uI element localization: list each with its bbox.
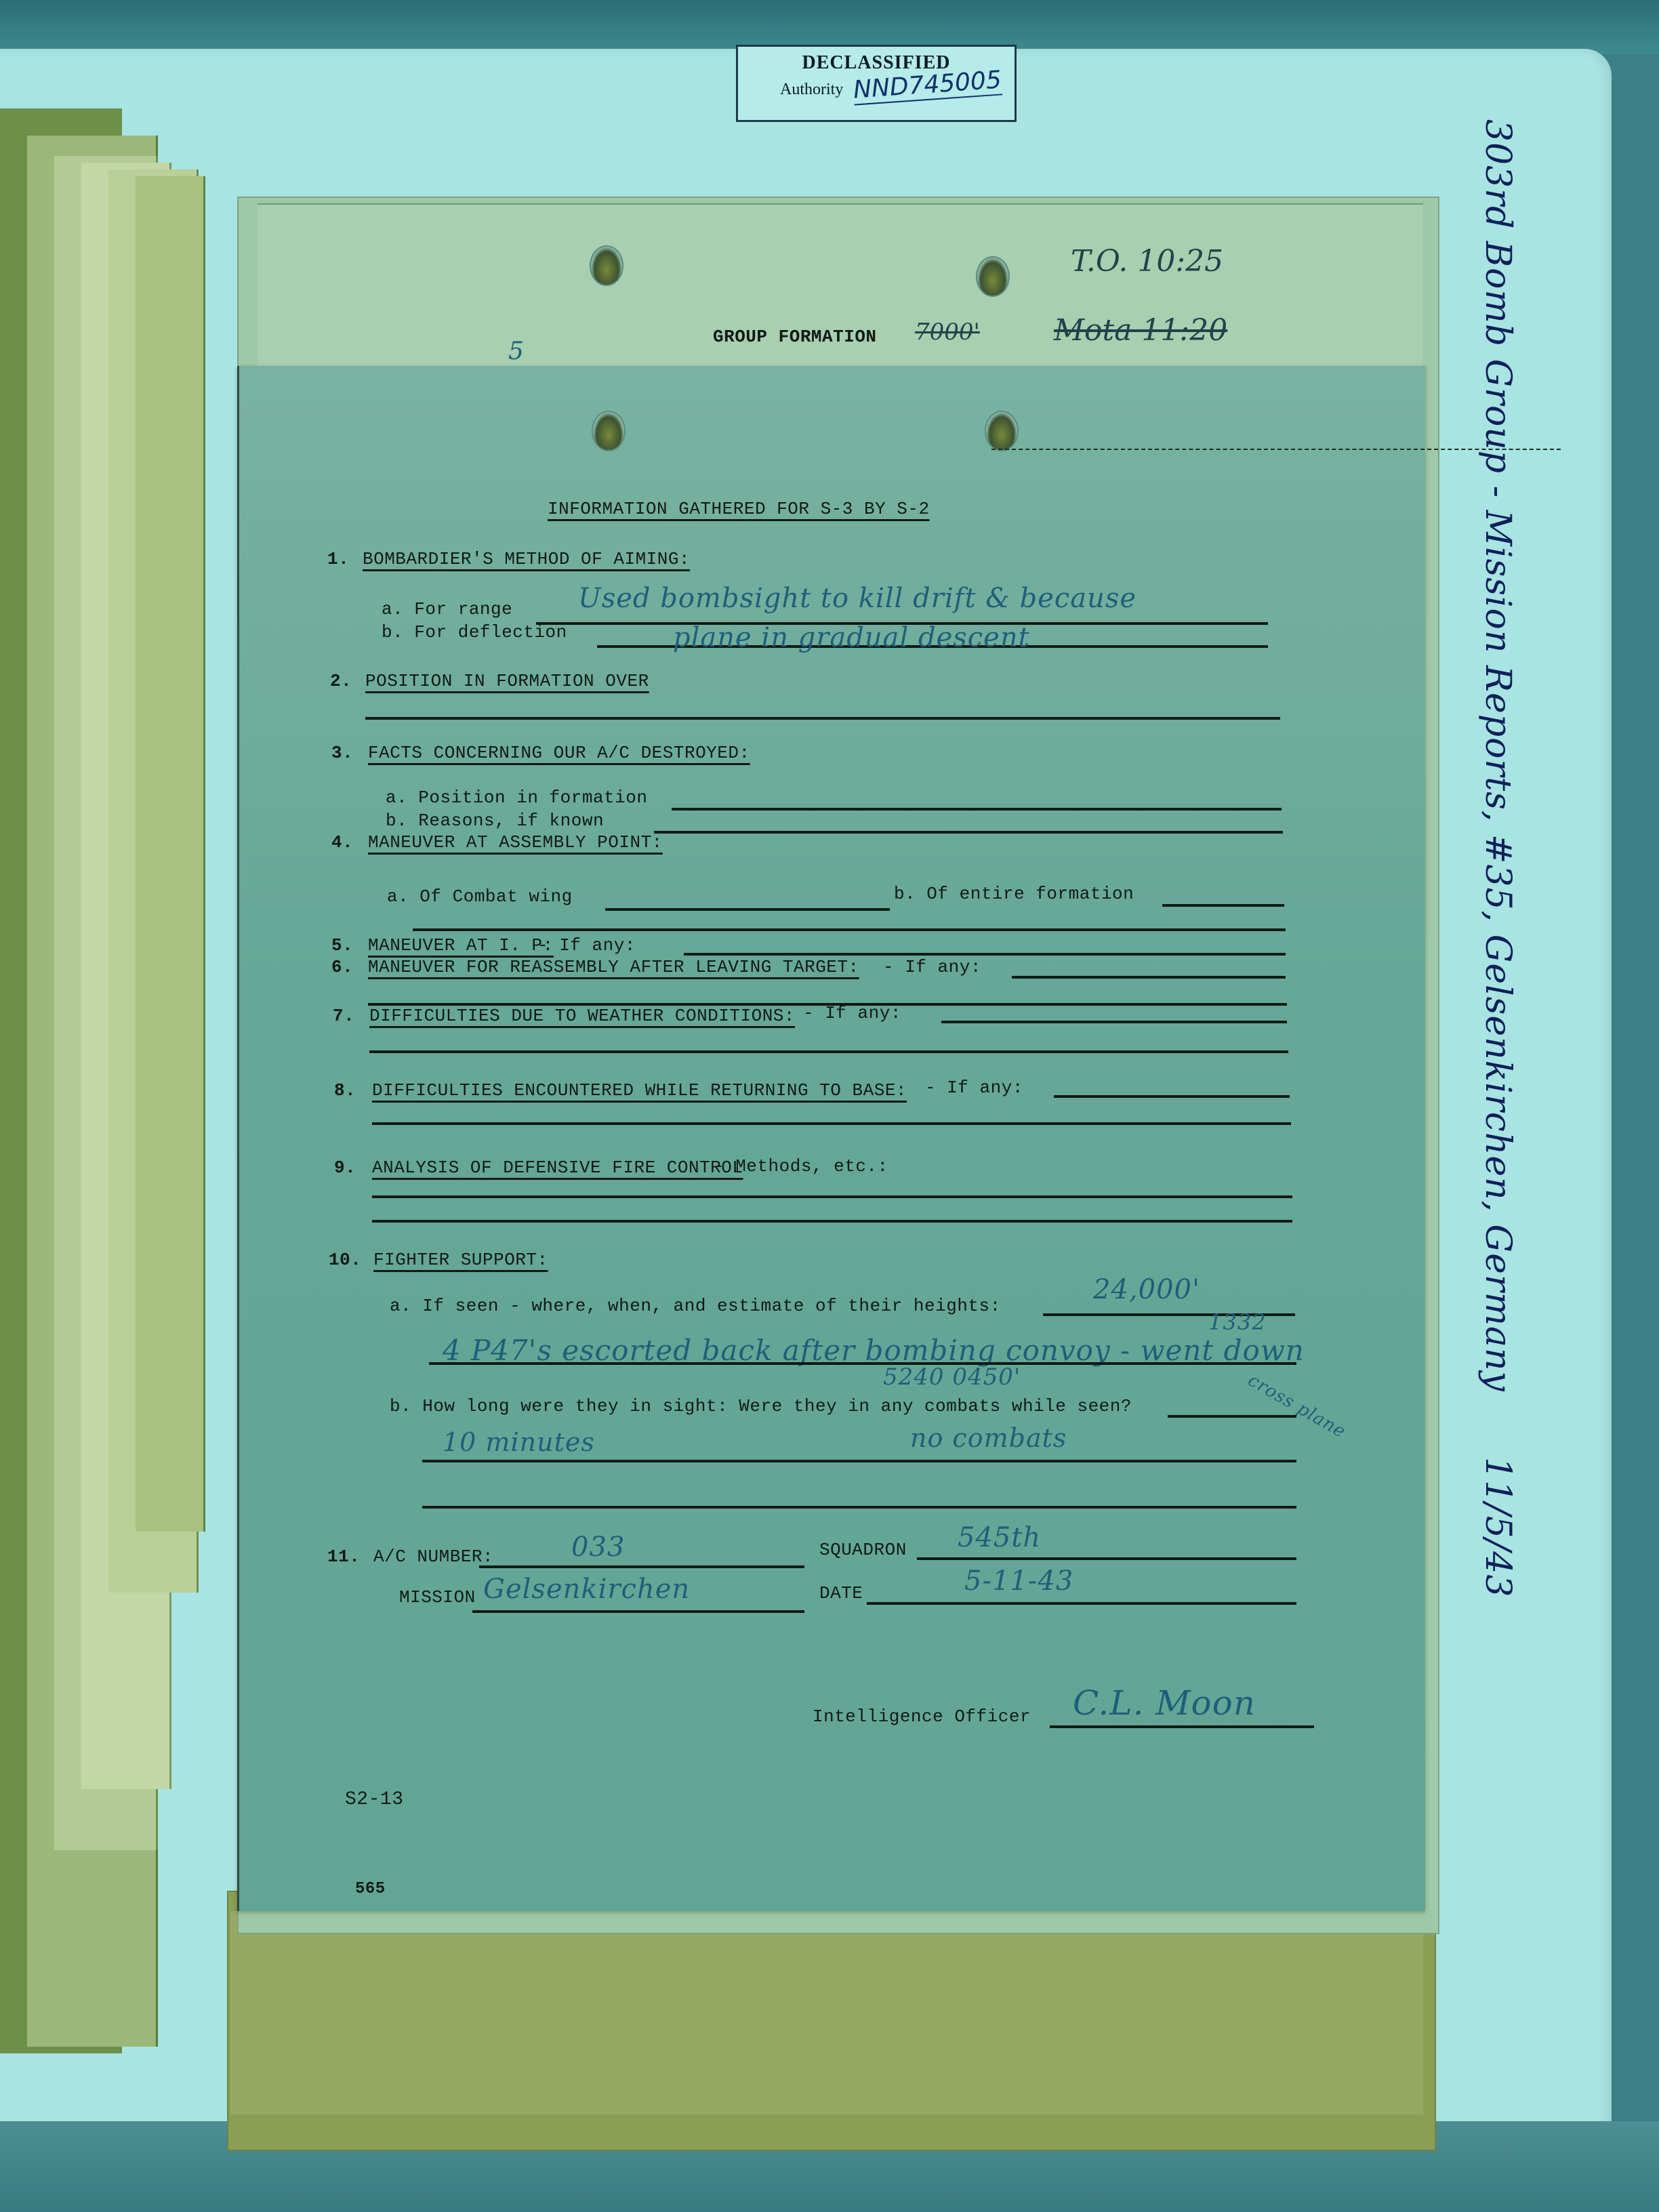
section-5-line[interactable] [684, 953, 1286, 956]
lower-sheet-mark: 565 [355, 1880, 386, 1898]
section-2-heading: POSITION IN FORMATION OVER [365, 671, 649, 691]
field-fighter-seen-label: a. If seen - where, when, and estimate o… [390, 1296, 1001, 1316]
field-fighter-duration-line-2[interactable] [422, 1460, 1296, 1462]
mission-value[interactable]: Gelsenkirchen [483, 1574, 690, 1605]
section-9-heading: ANALYSIS OF DEFENSIVE FIRE CONTROL [372, 1158, 743, 1178]
group-formation-sheet: GROUP FORMATION T.O. 10:25 7000' Mota 11… [258, 203, 1423, 381]
field-for-deflection-label: b. For deflection [382, 622, 567, 642]
field-fighter-duration-value[interactable]: 10 minutes [443, 1427, 595, 1457]
field-position-label: a. Position in formation [386, 787, 647, 808]
section-1-heading: BOMBARDIER'S METHOD OF AIMING: [363, 549, 690, 569]
ac-number-line [479, 1565, 804, 1568]
section-8-number: 8. [334, 1080, 356, 1101]
section-6-suffix: - If any: [883, 957, 981, 977]
intelligence-officer-signature[interactable]: C.L. Moon [1073, 1683, 1256, 1723]
date-line [867, 1602, 1296, 1605]
folder-annotation-date: 11/5/43 [1477, 1457, 1518, 1597]
section-1-number: 1. [327, 549, 349, 569]
field-for-deflection-value[interactable]: plane in gradual descent [673, 622, 1030, 653]
field-for-range-value[interactable]: Used bombsight to kill drift & because [578, 583, 1136, 614]
field-fighter-time-note: 1332 [1208, 1309, 1266, 1335]
altitude-note: 7000' [915, 319, 980, 346]
section-9-number: 9. [334, 1158, 356, 1178]
section-6-number: 6. [331, 957, 353, 977]
intelligence-officer-line [1050, 1725, 1314, 1728]
page-number: 5 [508, 337, 525, 365]
ac-number-label: A/C NUMBER: [373, 1547, 493, 1567]
section-7-heading: DIFFICULTIES DUE TO WEATHER CONDITIONS: [369, 1006, 795, 1026]
punch-hole-icon [985, 411, 1019, 451]
field-fighter-answer-line[interactable] [429, 1362, 1296, 1365]
group-formation-title: GROUP FORMATION [713, 327, 877, 347]
intelligence-officer-label: Intelligence Officer [813, 1706, 1031, 1727]
section-7-line-2[interactable] [369, 1050, 1288, 1053]
squadron-line [917, 1557, 1296, 1560]
form-number: S2-13 [345, 1789, 404, 1810]
section-7-suffix: - If any: [803, 1003, 901, 1023]
section-3-heading: FACTS CONCERNING OUR A/C DESTROYED: [368, 743, 750, 763]
section-4-heading: MANEUVER AT ASSEMBLY POINT: [368, 832, 663, 853]
section-3-number: 3. [331, 743, 353, 763]
section-6-heading: MANEUVER FOR REASSEMBLY AFTER LEAVING TA… [368, 957, 859, 977]
mission-label: MISSION [399, 1587, 476, 1607]
field-entire-formation-line[interactable] [1162, 904, 1284, 907]
field-fighter-duration-line-3[interactable] [422, 1506, 1296, 1509]
field-fighter-height-value[interactable]: 24,000' [1093, 1274, 1200, 1305]
squadron-value[interactable]: 545th [958, 1522, 1041, 1553]
section-8-line-2[interactable] [372, 1122, 1291, 1125]
section-5-number: 5. [331, 935, 353, 956]
declassified-stamp: DECLASSIFIED Authority NND745005 [736, 45, 1017, 122]
section-4-line[interactable] [413, 928, 1286, 931]
field-entire-formation-label: b. Of entire formation [894, 884, 1134, 904]
section-4-number: 4. [331, 832, 353, 853]
takeoff-time: T.O. 10:25 [1071, 244, 1223, 279]
date-label: DATE [819, 1583, 863, 1603]
form-title: INFORMATION GATHERED FOR S-3 BY S-2 [548, 499, 930, 519]
top-dash-rule [991, 449, 1561, 450]
punch-hole-icon [590, 245, 623, 286]
field-fighter-combat-value[interactable]: no combats [910, 1423, 1067, 1453]
ac-number-value[interactable]: 033 [571, 1532, 625, 1563]
section-8-line[interactable] [1054, 1095, 1290, 1098]
field-fighter-side-note: cross plane [1244, 1370, 1349, 1443]
section-10-heading: FIGHTER SUPPORT: [373, 1250, 548, 1270]
section-10-number: 10. [329, 1250, 361, 1270]
section-9-line-2[interactable] [372, 1220, 1292, 1223]
date-value[interactable]: 5-11-43 [964, 1565, 1073, 1597]
s2-information-form: INFORMATION GATHERED FOR S-3 BY S-2 1. B… [237, 366, 1425, 1911]
section-2-line[interactable] [365, 717, 1280, 720]
field-reasons-line[interactable] [654, 831, 1283, 834]
punch-hole-icon [976, 256, 1010, 297]
field-for-range-label: a. For range [382, 599, 512, 619]
section-5-suffix: - If any: [537, 935, 636, 956]
paper-stack-left [136, 176, 205, 1532]
field-fighter-position-note: 5240 0450' [883, 1364, 1021, 1391]
section-11-number: 11. [327, 1547, 360, 1567]
field-combat-wing-line[interactable] [605, 908, 890, 911]
section-8-heading: DIFFICULTIES ENCOUNTERED WHILE RETURNING… [372, 1080, 907, 1101]
time-note: Mota 11:20 [1054, 313, 1227, 348]
section-9-suffix: - Methods, etc.: [714, 1156, 888, 1176]
folder-annotation: 303rd Bomb Group - Mission Reports, #35,… [1477, 119, 1518, 1392]
field-fighter-duration-line[interactable] [1168, 1415, 1296, 1418]
section-8-suffix: - If any: [925, 1078, 1023, 1098]
field-combat-wing-label: a. Of Combat wing [387, 886, 573, 907]
section-9-line[interactable] [372, 1195, 1292, 1198]
section-7-line[interactable] [941, 1021, 1287, 1023]
section-7-number: 7. [333, 1006, 354, 1026]
punch-hole-icon [592, 411, 626, 451]
mission-line [472, 1610, 804, 1613]
field-fighter-duration-label: b. How long were they in sight: Were the… [390, 1396, 1132, 1416]
section-6-line[interactable] [1012, 976, 1286, 979]
section-5-heading: MANEUVER AT I. P: [368, 935, 554, 956]
stamp-authority-label: Authority [780, 81, 843, 99]
section-2-number: 2. [330, 671, 352, 691]
folder-back-sheet [230, 1911, 1423, 2114]
field-position-line[interactable] [672, 808, 1282, 811]
squadron-label: SQUADRON [819, 1540, 907, 1560]
field-reasons-label: b. Reasons, if known [386, 811, 604, 831]
